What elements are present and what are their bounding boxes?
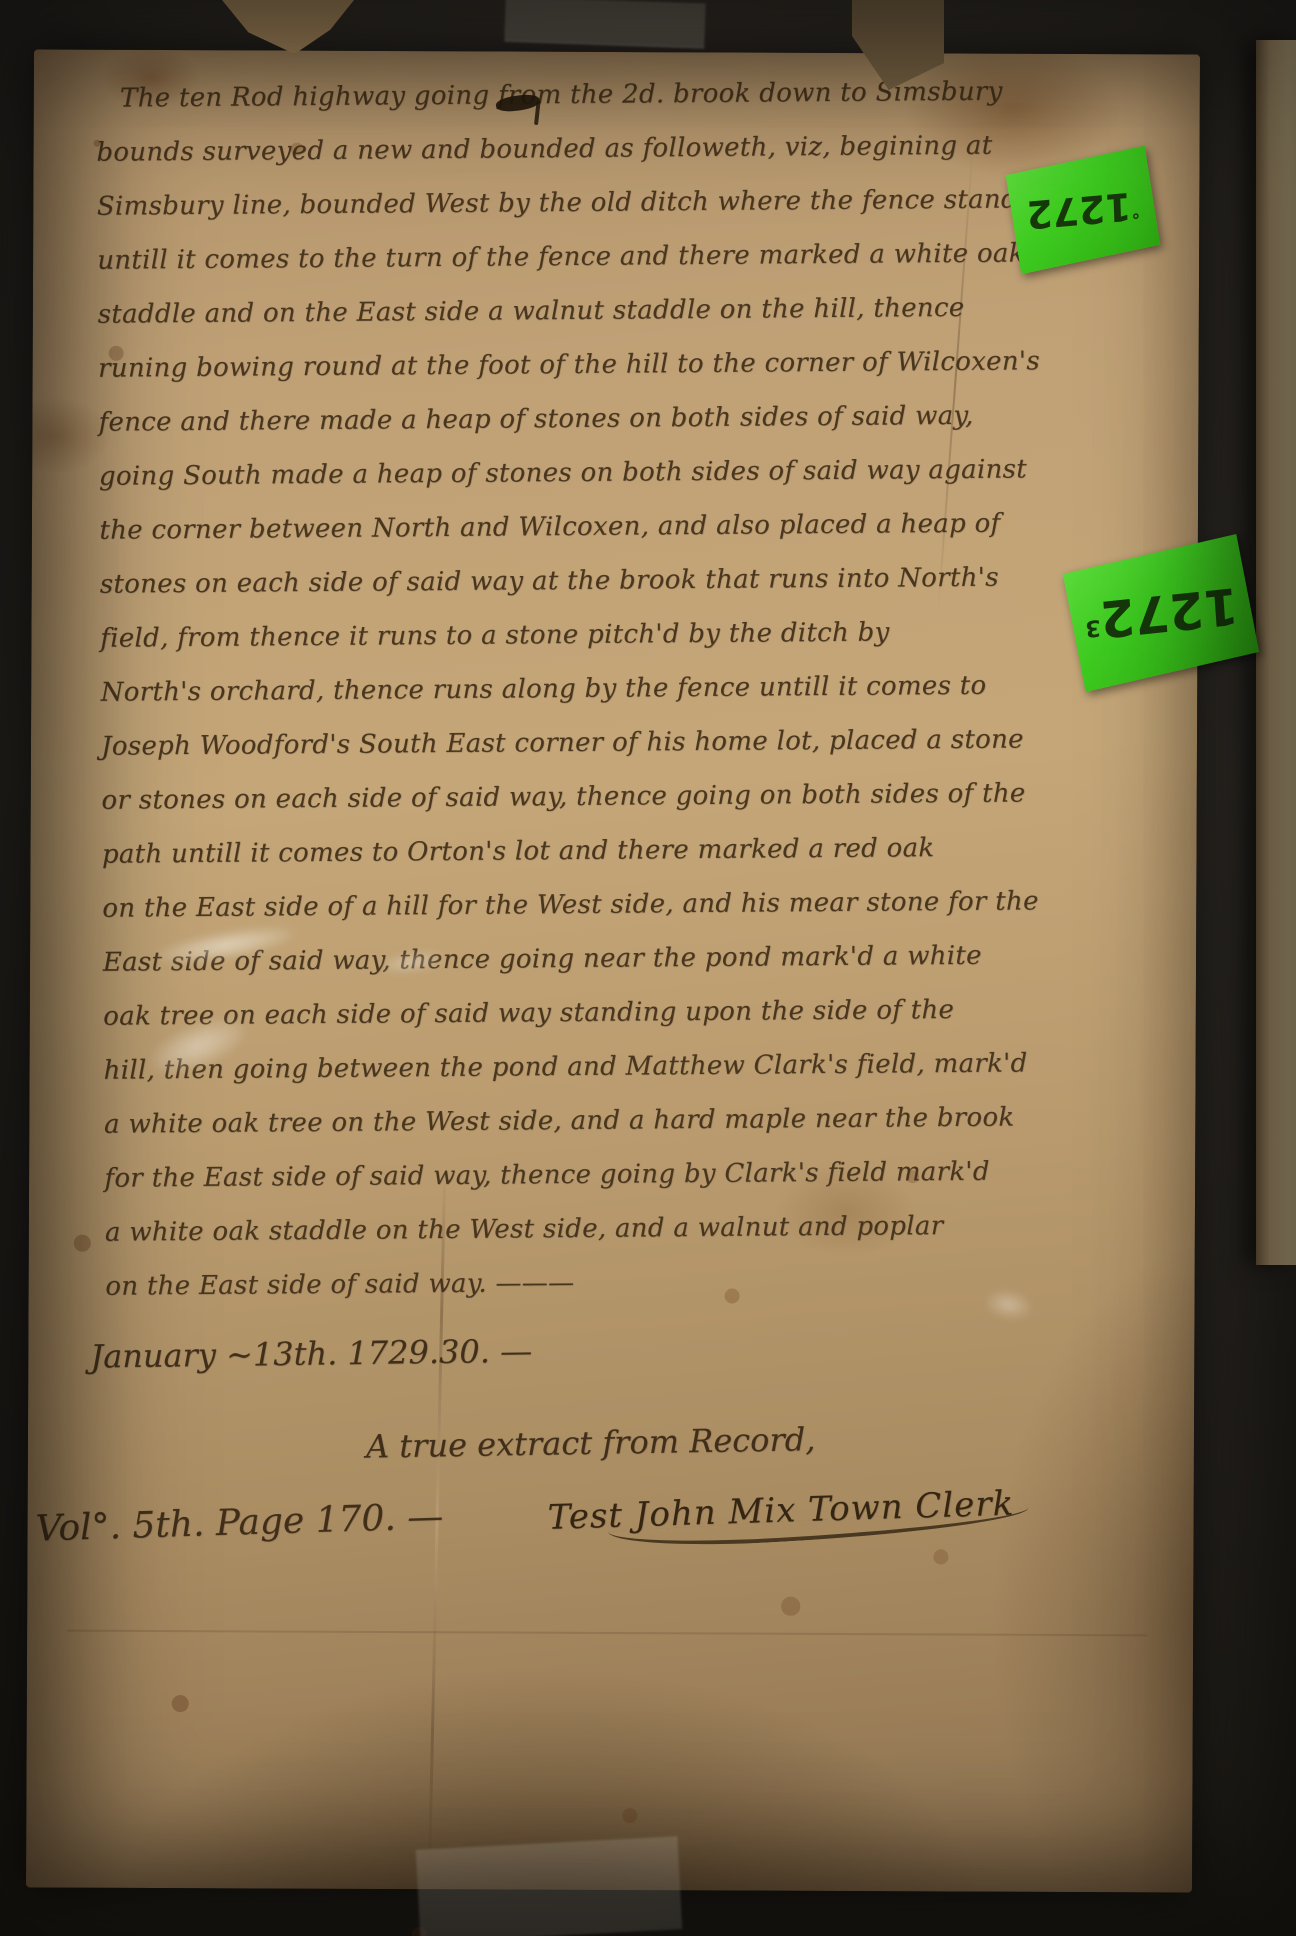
manuscript-line: a white oak staddle on the West side, an… (105, 1210, 1125, 1272)
manuscript-line: for the East side of said way, thence go… (104, 1156, 1124, 1218)
manuscript-line: East side of said way, thence going near… (103, 940, 1123, 1002)
manuscript-line: on the East side of said way. ——— (105, 1264, 1125, 1326)
photo-of-framed-manuscript: The ten Rod highway going from the 2d. b… (0, 0, 1296, 1936)
manuscript-line: stones on each side of said way at the b… (100, 562, 1120, 624)
manuscript-line: hill, then going between the pond and Ma… (104, 1048, 1124, 1110)
volume-page-reference: Vol°. 5th. Page 170. — (35, 1496, 444, 1549)
sticker-mark: ° (1131, 201, 1140, 222)
manuscript-line: or stones on each side of said way, then… (101, 778, 1121, 840)
manuscript-line: field, from thence it runs to a stone pi… (100, 616, 1120, 678)
sticker-number: 1272 (1098, 576, 1240, 649)
manuscript-line: staddle and on the East side a walnut st… (98, 292, 1118, 354)
paper-crease (67, 1630, 1147, 1637)
tape-strip-bottom (416, 1836, 683, 1936)
adjacent-document-edge (1256, 40, 1296, 1265)
manuscript-line: The ten Rod highway going from the 2d. b… (96, 76, 1116, 138)
manuscript-line: bounds surveyed a new and bounded as fol… (96, 130, 1116, 192)
manuscript-line: on the East side of a hill for the West … (102, 886, 1122, 948)
date-line: January ~13th. 1729.30. — (90, 1332, 532, 1376)
sticker-label: °1272 (1026, 183, 1141, 237)
sticker-number: 1272 (1026, 184, 1132, 237)
manuscript-line: Simsbury line, bounded West by the old d… (97, 184, 1117, 246)
manuscript-paper: The ten Rod highway going from the 2d. b… (26, 49, 1200, 1892)
attestation-line: A true extract from Record, (366, 1420, 816, 1465)
tape-strip-top (504, 0, 705, 48)
manuscript-line: untill it comes to the turn of the fence… (97, 238, 1117, 300)
paper-fragment-top-left (222, 0, 354, 54)
sticker-label: 12723 (1082, 576, 1239, 650)
manuscript-line: a white oak tree on the West side, and a… (104, 1102, 1124, 1164)
sticker-mark: 3 (1084, 614, 1101, 642)
manuscript-line: going South made a heap of stones on bot… (99, 454, 1119, 516)
manuscript-line: fence and there made a heap of stones on… (98, 400, 1118, 462)
manuscript-line: North's orchard, thence runs along by th… (101, 670, 1121, 732)
manuscript-body-text: The ten Rod highway going from the 2d. b… (96, 76, 1126, 1326)
manuscript-line: Joseph Woodford's South East corner of h… (101, 724, 1121, 786)
manuscript-line: oak tree on each side of said way standi… (103, 994, 1123, 1056)
manuscript-line: the corner between North and Wilcoxen, a… (99, 508, 1119, 570)
manuscript-line: path untill it comes to Orton's lot and … (102, 832, 1122, 894)
manuscript-line: runing bowing round at the foot of the h… (98, 346, 1118, 408)
town-clerk-signature: Test John Mix Town Clerk (547, 1484, 1015, 1538)
